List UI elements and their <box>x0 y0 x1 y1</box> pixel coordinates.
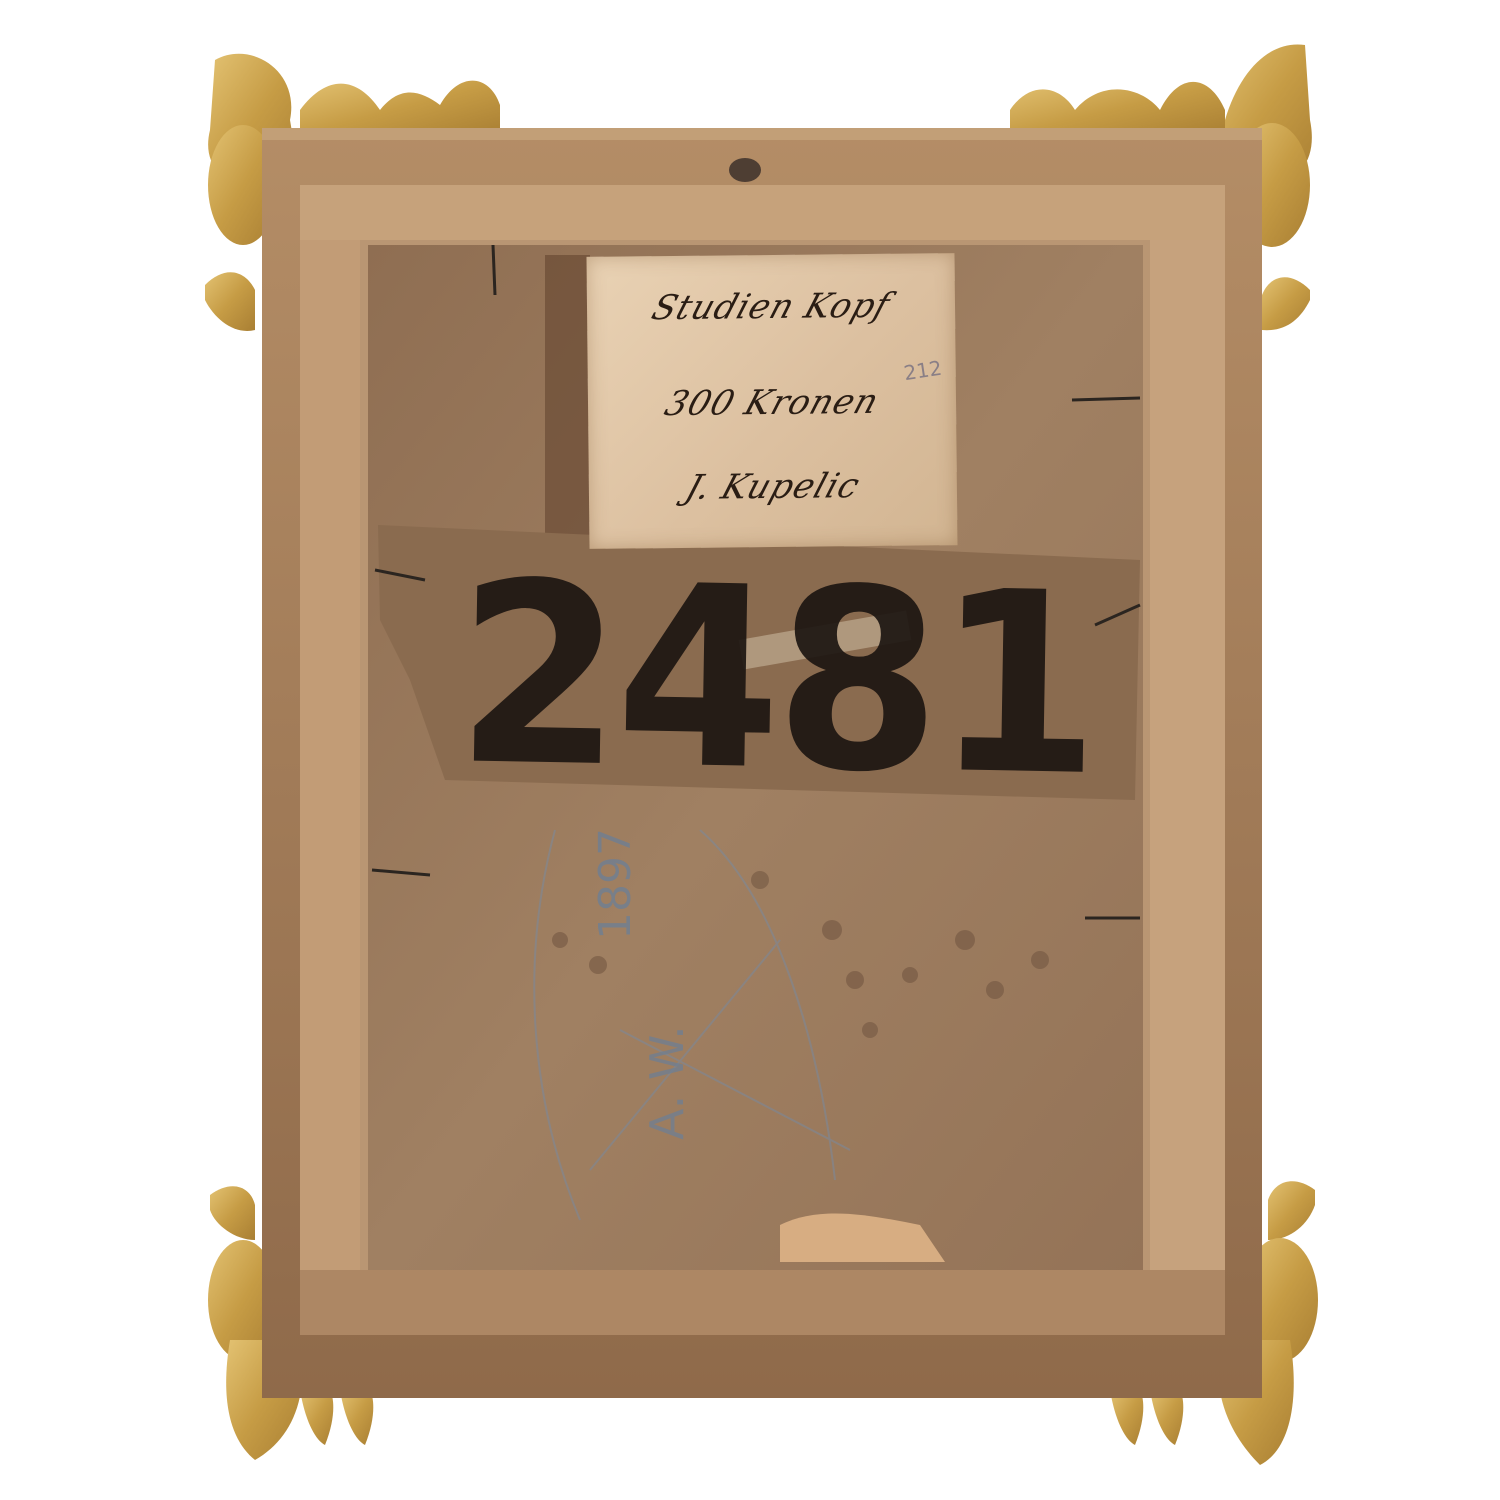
handwritten-label: Studien Kopf 300 Kronen J. Kupelic 212 <box>586 253 957 549</box>
pencil-initials: A. W. <box>640 1025 694 1140</box>
pencil-year: 1897 <box>590 828 641 940</box>
label-title: Studien Kopf <box>581 285 962 329</box>
stencil-inventory-number: 2481 <box>455 554 1086 805</box>
label-signature: J. Kupelic <box>583 465 964 509</box>
photo-stage: Studien Kopf 300 Kronen J. Kupelic 212 2… <box>0 0 1500 1500</box>
hanging-ring <box>729 158 761 182</box>
label-price: 300 Kronen <box>582 381 963 425</box>
